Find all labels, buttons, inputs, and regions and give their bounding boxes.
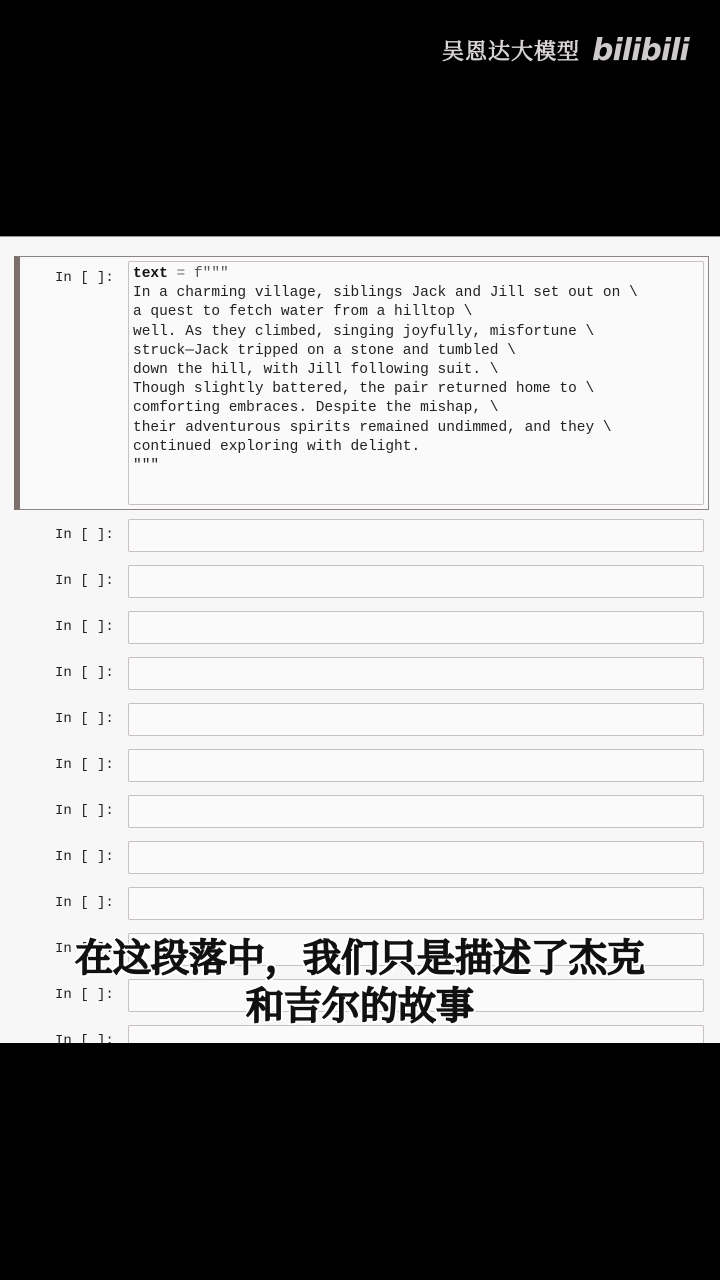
empty-code-cell[interactable] xyxy=(128,519,704,552)
empty-code-cell[interactable] xyxy=(128,749,704,782)
subtitle-line-2: 和吉尔的故事 xyxy=(0,982,720,1030)
cell-prompt: In [ ]: xyxy=(55,895,125,911)
cell-prompt: In [ ]: xyxy=(55,849,125,865)
cell-prompt: In [ ]: xyxy=(55,527,125,543)
cell-prompt: In [ ]: xyxy=(55,1033,125,1043)
code-variable: text xyxy=(133,266,168,282)
empty-code-cell[interactable] xyxy=(128,887,704,920)
cell-prompt: In [ ]: xyxy=(55,270,125,286)
bilibili-logo-icon: bilibili xyxy=(592,33,689,68)
cell-prompt: In [ ]: xyxy=(55,665,125,681)
notebook-area: In [ ]: text = f""" In a charming villag… xyxy=(0,236,720,1043)
empty-code-cell[interactable] xyxy=(128,703,704,736)
code-string-open: f""" xyxy=(194,266,229,282)
cell-prompt: In [ ]: xyxy=(55,757,125,773)
empty-code-cell[interactable] xyxy=(128,611,704,644)
empty-code-cell[interactable] xyxy=(128,565,704,598)
cut-off-previous-cell xyxy=(0,236,720,241)
cell-prompt: In [ ]: xyxy=(55,619,125,635)
subtitle-line-1: 在这段落中，我们只是描述了杰克 xyxy=(0,934,720,982)
empty-code-cell[interactable] xyxy=(128,657,704,690)
empty-code-cell[interactable] xyxy=(128,795,704,828)
code-string-body: In a charming village, siblings Jack and… xyxy=(133,285,638,474)
channel-name: 吴恩达大模型 xyxy=(442,35,580,66)
code-operator: = xyxy=(168,266,194,282)
code-text: text = f""" In a charming village, sibli… xyxy=(129,262,703,479)
cell-prompt: In [ ]: xyxy=(55,573,125,589)
empty-code-cell[interactable] xyxy=(128,841,704,874)
code-input-area[interactable]: text = f""" In a charming village, sibli… xyxy=(128,261,704,505)
cell-prompt: In [ ]: xyxy=(55,803,125,819)
watermark: 吴恩达大模型 bilibili xyxy=(442,30,689,70)
video-subtitle: 在这段落中，我们只是描述了杰克 和吉尔的故事 xyxy=(0,934,720,1030)
cell-prompt: In [ ]: xyxy=(55,711,125,727)
